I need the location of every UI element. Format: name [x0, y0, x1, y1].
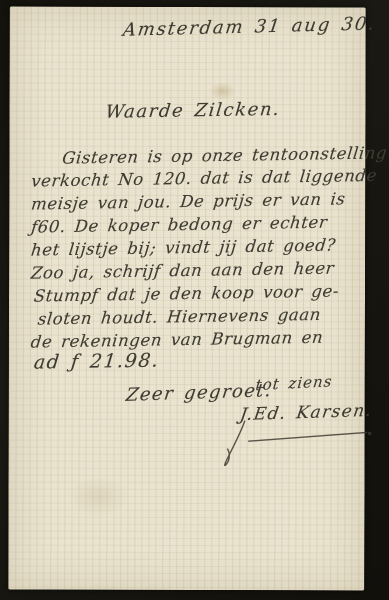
letter-body-line: verkocht No 120. dat is dat liggende	[30, 166, 378, 191]
paper-stain	[210, 82, 236, 100]
letter-date: Amsterdam 31 aug 30.	[122, 13, 377, 40]
letter-body-line: meisje van jou. De prijs er van is	[30, 189, 346, 213]
letter-body-line: Gisteren is op onze tentoonstelling	[61, 143, 388, 167]
paper-stain	[68, 477, 128, 517]
letter-photo: Amsterdam 31 aug 30. Waarde Zilcken. Gis…	[0, 0, 389, 600]
letter-body-line: ƒ60. De koper bedong er echter	[30, 213, 328, 237]
letter-paper: Amsterdam 31 aug 30. Waarde Zilcken. Gis…	[8, 7, 366, 591]
letter-body-line: Zoo ja, schrijf dan aan den heer	[30, 259, 335, 283]
letter-signature: J.Ed. Karsen.	[239, 401, 374, 425]
letter-body-line: de rekeningen van Brugman en	[30, 328, 324, 352]
letter-closing: Zeer gegroet.	[125, 380, 274, 406]
letter-body-line: het lijstje bij; vindt jij dat goed?	[30, 235, 337, 259]
letter-salutation: Waarde Zilcken.	[104, 99, 281, 123]
letter-closing-extra: tot ziens	[255, 372, 334, 394]
letter-body-line: sloten houdt. Hiernevens gaan	[37, 305, 322, 329]
letter-body-line: ad ƒ 21.98.	[33, 349, 161, 373]
letter-body-line: Stumpf dat je den koop voor ge-	[33, 282, 340, 306]
